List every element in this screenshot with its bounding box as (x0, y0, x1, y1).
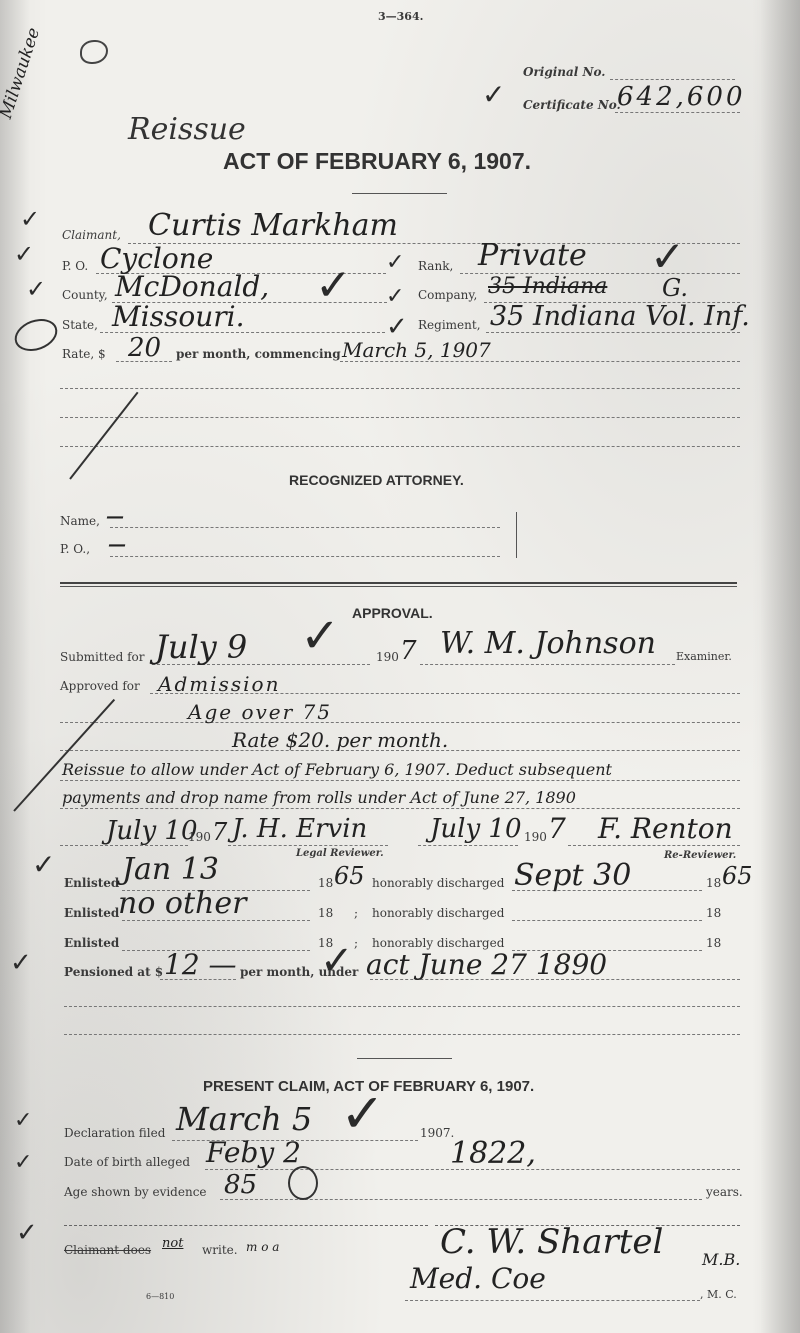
birth-value: Feby 2 (206, 1136, 301, 1169)
checkmark-icon: ✓ (20, 205, 40, 233)
age-note: Age over 75 (188, 700, 332, 724)
legal-year: 7 (212, 818, 227, 846)
claimant-line (128, 243, 740, 244)
claimant-label: Claimant, (62, 228, 121, 242)
checkmark-icon: ✓ (482, 78, 505, 111)
form-number: 3—364. (378, 10, 423, 23)
certificate-no-line (615, 112, 740, 113)
reissue-line-1: Reissue to allow under Act of February 6… (62, 760, 612, 779)
approved-value: Admission (158, 672, 280, 696)
rereview-year: 7 (548, 812, 566, 845)
checkmark-icon: ✓ (386, 284, 404, 309)
legal-date: July 10 (106, 816, 198, 846)
attorney-divider (516, 512, 517, 558)
regiment-label: Regiment, (418, 318, 481, 332)
scan-shadow-left (0, 0, 30, 1333)
company-label: Company, (418, 288, 477, 302)
blank-line (60, 446, 740, 447)
rereview-date-line (418, 845, 518, 846)
pensioned-act: act June 27 1890 (366, 948, 607, 981)
county-label: County, (62, 288, 108, 302)
age-suffix: years. (706, 1185, 743, 1199)
reissue-line-2: payments and drop name from rolls under … (62, 788, 576, 807)
rereview-year-prefix: 190 (524, 830, 547, 844)
attorney-heading: RECOGNIZED ATTORNEY. (289, 472, 464, 488)
writes-label-post: write. (202, 1243, 238, 1257)
rate-mid-label: per month, commencing (176, 347, 341, 361)
blank-line (64, 1034, 740, 1035)
age-value: 85 (224, 1170, 257, 1200)
blank-line (64, 1006, 740, 1007)
blank-line (60, 388, 740, 389)
writes-value: not (162, 1236, 183, 1251)
po-label: P. O. (62, 259, 88, 273)
footer-code: 6—810 (146, 1292, 174, 1301)
checkmark-icon: ✓ (320, 938, 354, 984)
attorney-name-value: — (106, 506, 124, 527)
company-value: G. (662, 274, 688, 302)
claimant-value: Curtis Markham (148, 208, 398, 243)
rate-commencing-value: March 5, 1907 (342, 338, 491, 362)
approval-heading: APPROVAL. (352, 605, 433, 621)
enlisted-year: 65 (334, 862, 365, 890)
enlisted-year-prefix: 18 (318, 876, 333, 890)
submitted-value: July 9 (155, 628, 247, 666)
row-separator: ; (354, 936, 358, 950)
mc-line (405, 1300, 700, 1301)
approval-line (60, 780, 740, 781)
blank-line (60, 417, 740, 418)
rereviewer-label: Re-Reviewer. (664, 850, 736, 861)
discharged-year-prefix: 18 (706, 876, 721, 890)
rate-label: Rate, $ (62, 347, 106, 361)
section-divider (357, 1058, 452, 1059)
attorney-name-line (110, 527, 500, 528)
regiment-value: 35 Indiana Vol. Inf. (490, 301, 750, 332)
discharged-label: honorably discharged (372, 906, 504, 920)
checkmark-icon: ✓ (300, 608, 340, 664)
page-title: ACT OF FEBRUARY 6, 1907. (223, 148, 531, 175)
enlisted-year-prefix: 18 (318, 906, 333, 920)
company-struck: 35 Indiana (488, 274, 607, 299)
state-value: Missouri. (112, 300, 245, 333)
attorney-name-label: Name, (60, 514, 100, 528)
checkmark-icon: ✓ (340, 1082, 385, 1145)
submitted-year: 7 (400, 636, 417, 666)
row-separator: ; (354, 906, 358, 920)
birth-label: Date of birth alleged (64, 1155, 190, 1169)
state-label: State, (62, 318, 98, 332)
checkmark-icon: ✓ (386, 250, 404, 275)
discharged-line (512, 920, 702, 921)
discharged-year-prefix: 18 (706, 906, 721, 920)
certificate-no-label: Certificate No. (523, 98, 621, 112)
discharged-label: honorably discharged (372, 876, 504, 890)
rank-value: Private (478, 238, 587, 273)
legal-year-prefix: 190 (188, 830, 211, 844)
birth-year: 1822, (450, 1136, 536, 1171)
checkmark-icon: ✓ (26, 275, 46, 303)
certificate-no-value: 642,600 (617, 82, 746, 112)
rate-value: 20 (128, 333, 161, 363)
enlisted-label: Enlisted (64, 876, 119, 890)
checkmark-icon: ✓ (14, 1150, 32, 1175)
discharged-year-prefix: 18 (706, 936, 721, 950)
checkmark-icon: ✓ (315, 260, 352, 311)
declaration-value: March 5 (176, 1100, 312, 1138)
circled-mark (288, 1166, 318, 1200)
discharged-value: Sept 30 (514, 858, 631, 893)
examiner-label: Examiner. (676, 650, 732, 663)
writes-note: m o a (246, 1240, 279, 1254)
discharged-year: 65 (722, 862, 753, 890)
approval-line (60, 722, 740, 723)
title-annotation: Reissue (128, 112, 246, 147)
enlisted-value: no other (118, 886, 246, 921)
rereview-signature: F. Renton (598, 812, 733, 845)
examiner-line (420, 664, 675, 665)
section-rule (60, 582, 737, 584)
rate-note: Rate $20. per month. (232, 728, 448, 752)
approved-label: Approved for (60, 679, 140, 693)
mc-signature-2: Med. Coe (410, 1262, 546, 1295)
enlisted-value: Jan 13 (122, 852, 219, 887)
approval-line (60, 808, 740, 809)
rank-label: Rank, (418, 259, 453, 273)
rereview-date: July 10 (430, 814, 522, 844)
title-divider (352, 193, 447, 194)
rereview-sig-line (568, 845, 740, 846)
submitted-year-prefix: 190 (376, 650, 399, 664)
regiment-line (486, 332, 740, 333)
age-line (220, 1199, 702, 1200)
blank-line (64, 1225, 428, 1226)
mc-label: , M. C. (700, 1288, 737, 1301)
mc-initials: M.B. (702, 1250, 740, 1269)
pensioned-value: 12 — (164, 948, 237, 981)
attorney-po-label: P. O., (60, 542, 90, 556)
declaration-label: Declaration filed (64, 1126, 165, 1140)
checkmark-icon: ✓ (10, 948, 32, 978)
checkmark-icon: ✓ (14, 1108, 32, 1133)
examiner-signature: W. M. Johnson (440, 626, 656, 661)
enlisted-label: Enlisted (64, 936, 119, 950)
attorney-po-line (110, 556, 500, 557)
enlisted-label: Enlisted (64, 906, 119, 920)
original-no-label: Original No. (523, 65, 605, 79)
legal-sig-line (228, 845, 388, 846)
checkmark-icon: ✓ (32, 848, 55, 881)
submitted-label: Submitted for (60, 650, 145, 664)
mc-signature: C. W. Shartel (440, 1222, 663, 1262)
attorney-po-value: — (108, 534, 126, 555)
writes-label-pre: Claimant does (64, 1243, 151, 1257)
age-label: Age shown by evidence (64, 1185, 207, 1199)
legal-reviewer-label: Legal Reviewer. (296, 848, 384, 859)
pensioned-label: Pensioned at $ (64, 965, 163, 979)
section-rule (60, 586, 737, 587)
scan-shadow-right (760, 0, 800, 1333)
checkmark-icon: ✓ (14, 240, 34, 268)
checkmark-icon: ✓ (16, 1218, 38, 1248)
county-value: McDonald, (115, 270, 269, 303)
legal-signature: J. H. Ervin (232, 814, 367, 844)
original-no-line (610, 79, 735, 80)
